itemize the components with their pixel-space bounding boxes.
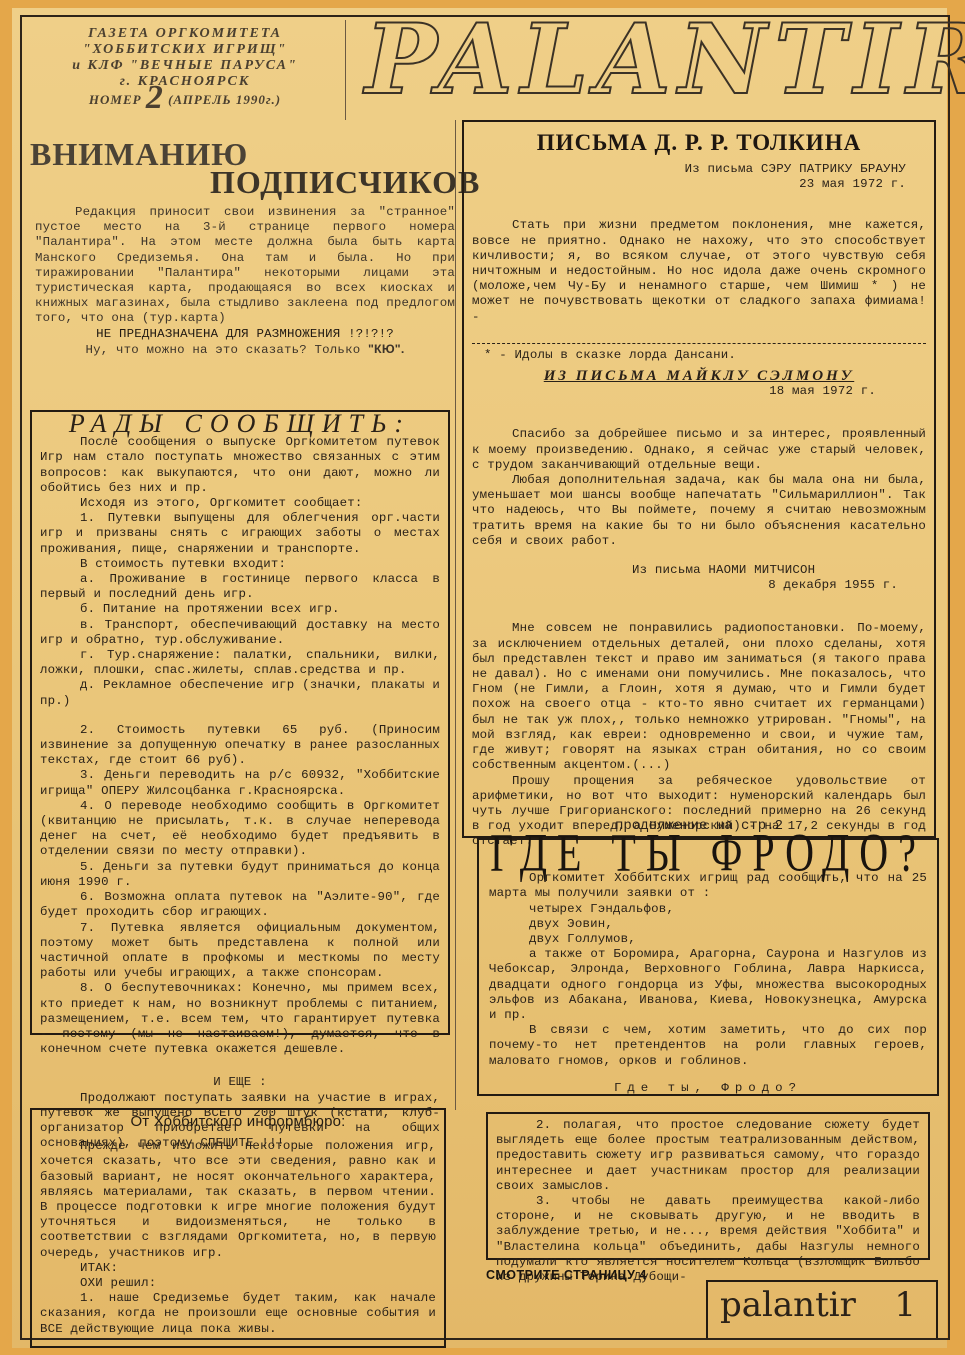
tickets-sub-a: а. Проживание в гостинице первого класса… bbox=[40, 572, 440, 602]
subscribers-heading-2: ПОДПИСЧИКОВ bbox=[210, 164, 480, 201]
footnote: * - Идолы в сказке лорда Дансани. bbox=[472, 348, 926, 363]
letter3-date: 8 декабря 1955 г. bbox=[472, 578, 898, 593]
info-title: От Хоббитского информбюро: bbox=[40, 1114, 436, 1129]
letters-title: ПИСЬМА Д. Р. Р. ТОЛКИНА bbox=[464, 130, 934, 156]
issue-date: (АПРЕЛЬ 1990г.) bbox=[168, 92, 281, 107]
also-heading: И ЕЩЕ : bbox=[40, 1075, 440, 1090]
frodo-also: а также от Боромира, Арагорна, Саурона и… bbox=[489, 947, 927, 1023]
org-line-2: "ХОББИТСКИХ ИГРИЩ" bbox=[30, 42, 340, 58]
tickets-item-7: 7. Путевка является официальным документ… bbox=[40, 921, 440, 982]
letter3-source: Из письма НАОМИ МИТЧИСОН bbox=[472, 563, 926, 578]
tickets-sub-g: г. Тур.снаряжение: палатки, спальники, в… bbox=[40, 648, 440, 678]
letter1-date: 23 мая 1972 г. bbox=[472, 177, 906, 192]
tickets-item-6: 6. Возможна оплата путевок на "Аэлите-90… bbox=[40, 890, 440, 920]
tickets-item-4: 4. О переводе необходимо сообщить в Оргк… bbox=[40, 799, 440, 860]
letter2-para1: Спасибо за добрейшее письмо и за интерес… bbox=[472, 427, 926, 473]
frodo-closing: Где ты, Фродо? bbox=[489, 1081, 927, 1096]
letter1-source: Из письма СЭРУ ПАТРИКУ БРАУНУ bbox=[472, 162, 906, 177]
issue-number: 2 bbox=[146, 79, 164, 116]
info-bureau-box: От Хоббитского информбюро: Прежде чем из… bbox=[30, 1108, 446, 1348]
tickets-item-3: 3. Деньги переводить на р/с 60932, "Хобб… bbox=[40, 768, 440, 798]
letter2-date: 18 мая 1972 г. bbox=[472, 384, 876, 399]
tickets-item-5: 5. Деньги за путевки будут приниматься д… bbox=[40, 860, 440, 890]
frodo-list-2: двух Эовин, bbox=[489, 917, 927, 932]
see-page-4-link[interactable]: СМОТРИТЕ СТРАНИЦУ 4 bbox=[486, 1262, 706, 1332]
issue-prefix: НОМЕР bbox=[89, 92, 142, 107]
newspaper-title: PALANTIR bbox=[365, 8, 935, 112]
tickets-sub-v: в. Транспорт, обеспечивающий доставку на… bbox=[40, 618, 440, 648]
info-item-1: 1. наше Средиземье будет таким, как нача… bbox=[40, 1291, 436, 1337]
org-line-3: и КЛФ "ВЕЧНЫЕ ПАРУСА" bbox=[30, 58, 340, 74]
issue-line: НОМЕР 2 (АПРЕЛЬ 1990г.) bbox=[30, 90, 340, 108]
frodo-article-box: ГДЕ ТЫ ФРОДО? Оргкомитет Хоббитских игри… bbox=[477, 838, 939, 1096]
footnote-divider bbox=[472, 343, 926, 344]
subscribers-closing: Ну, что можно на это сказать? Только "КЮ… bbox=[35, 342, 455, 358]
letter2-para2: Любая дополнительная задача, как бы мала… bbox=[472, 473, 926, 549]
letter3-para1: Мне совсем не понравились радиопостановк… bbox=[472, 621, 926, 773]
tickets-item-1: 1. Путевки выпущены для облегчения орг.ч… bbox=[40, 511, 440, 557]
frodo-note: В связи с чем, хотим заметить, что до си… bbox=[489, 1023, 927, 1069]
info-decided: ОХИ решил: bbox=[40, 1276, 436, 1291]
tickets-intro: После сообщения о выпуске Оргкомитетом п… bbox=[40, 435, 440, 496]
column-divider bbox=[455, 120, 456, 1110]
masthead-info: ГАЗЕТА ОРГКОМИТЕТА "ХОББИТСКИХ ИГРИЩ" и … bbox=[30, 26, 340, 108]
tickets-sub-d: д. Рекламное обеспечение игр (значки, пл… bbox=[40, 678, 440, 708]
org-line-4: г. КРАСНОЯРСК bbox=[30, 74, 340, 90]
frodo-list-1: четырех Гэндальфов, bbox=[489, 902, 927, 917]
tickets-sub-b: б. Питание на протяжении всех игр. bbox=[40, 602, 440, 617]
tickets-title: РАДЫ СООБЩИТЬ: bbox=[40, 416, 440, 431]
page-number: 1 bbox=[894, 1282, 916, 1328]
info-bureau-continued: 2. полагая, что простое следование сюжет… bbox=[486, 1112, 930, 1260]
tickets-lead: Исходя из этого, Оргкомитет сообщает: bbox=[40, 496, 440, 511]
frodo-title: ГДЕ ТЫ ФРОДО? bbox=[489, 842, 927, 863]
tickets-item-2: 2. Стоимость путевки 65 руб. (Приносим и… bbox=[40, 723, 440, 769]
info-itak: ИТАК: bbox=[40, 1261, 436, 1276]
frodo-list-3: двух Голлумов, bbox=[489, 932, 927, 947]
tolkien-letters-box: ПИСЬМА Д. Р. Р. ТОЛКИНА Из письма СЭРУ П… bbox=[462, 120, 936, 838]
tickets-includes: В стоимость путевки входит: bbox=[40, 557, 440, 572]
subscribers-emphasis: НЕ ПРЕДНАЗНАЧЕНА ДЛЯ РАЗМНОЖЕНИЯ !?!?!? bbox=[35, 327, 455, 342]
letter1-body: Стать при жизни предметом поклонения, мн… bbox=[472, 218, 926, 324]
footer-logo: palantir 1 bbox=[706, 1280, 938, 1338]
subscribers-article: Редакция приносит свои извинения за "стр… bbox=[35, 205, 455, 358]
closing-kyu: "КЮ". bbox=[368, 342, 405, 356]
tickets-announcement-box: РАДЫ СООБЩИТЬ: После сообщения о выпуске… bbox=[30, 410, 450, 1035]
info-item-2: 2. полагая, что простое следование сюжет… bbox=[496, 1118, 920, 1194]
info-para-1: Прежде чем изложить некоторые положения … bbox=[40, 1139, 436, 1261]
letters-content: Из письма СЭРУ ПАТРИКУ БРАУНУ 23 мая 197… bbox=[472, 162, 926, 850]
subscribers-body: Редакция приносит свои извинения за "стр… bbox=[35, 205, 455, 327]
closing-text: Ну, что можно на это сказать? Только bbox=[85, 343, 360, 357]
org-line-1: ГАЗЕТА ОРГКОМИТЕТА bbox=[30, 26, 340, 42]
tickets-item-8: 8. О беспутевочниках: Конечно, мы примем… bbox=[40, 981, 440, 1057]
letter2-source: ИЗ ПИСЬМА МАЙКЛУ СЭЛМОНУ bbox=[472, 369, 926, 384]
masthead-divider bbox=[345, 20, 346, 120]
footer-logo-text: palantir bbox=[720, 1285, 856, 1325]
